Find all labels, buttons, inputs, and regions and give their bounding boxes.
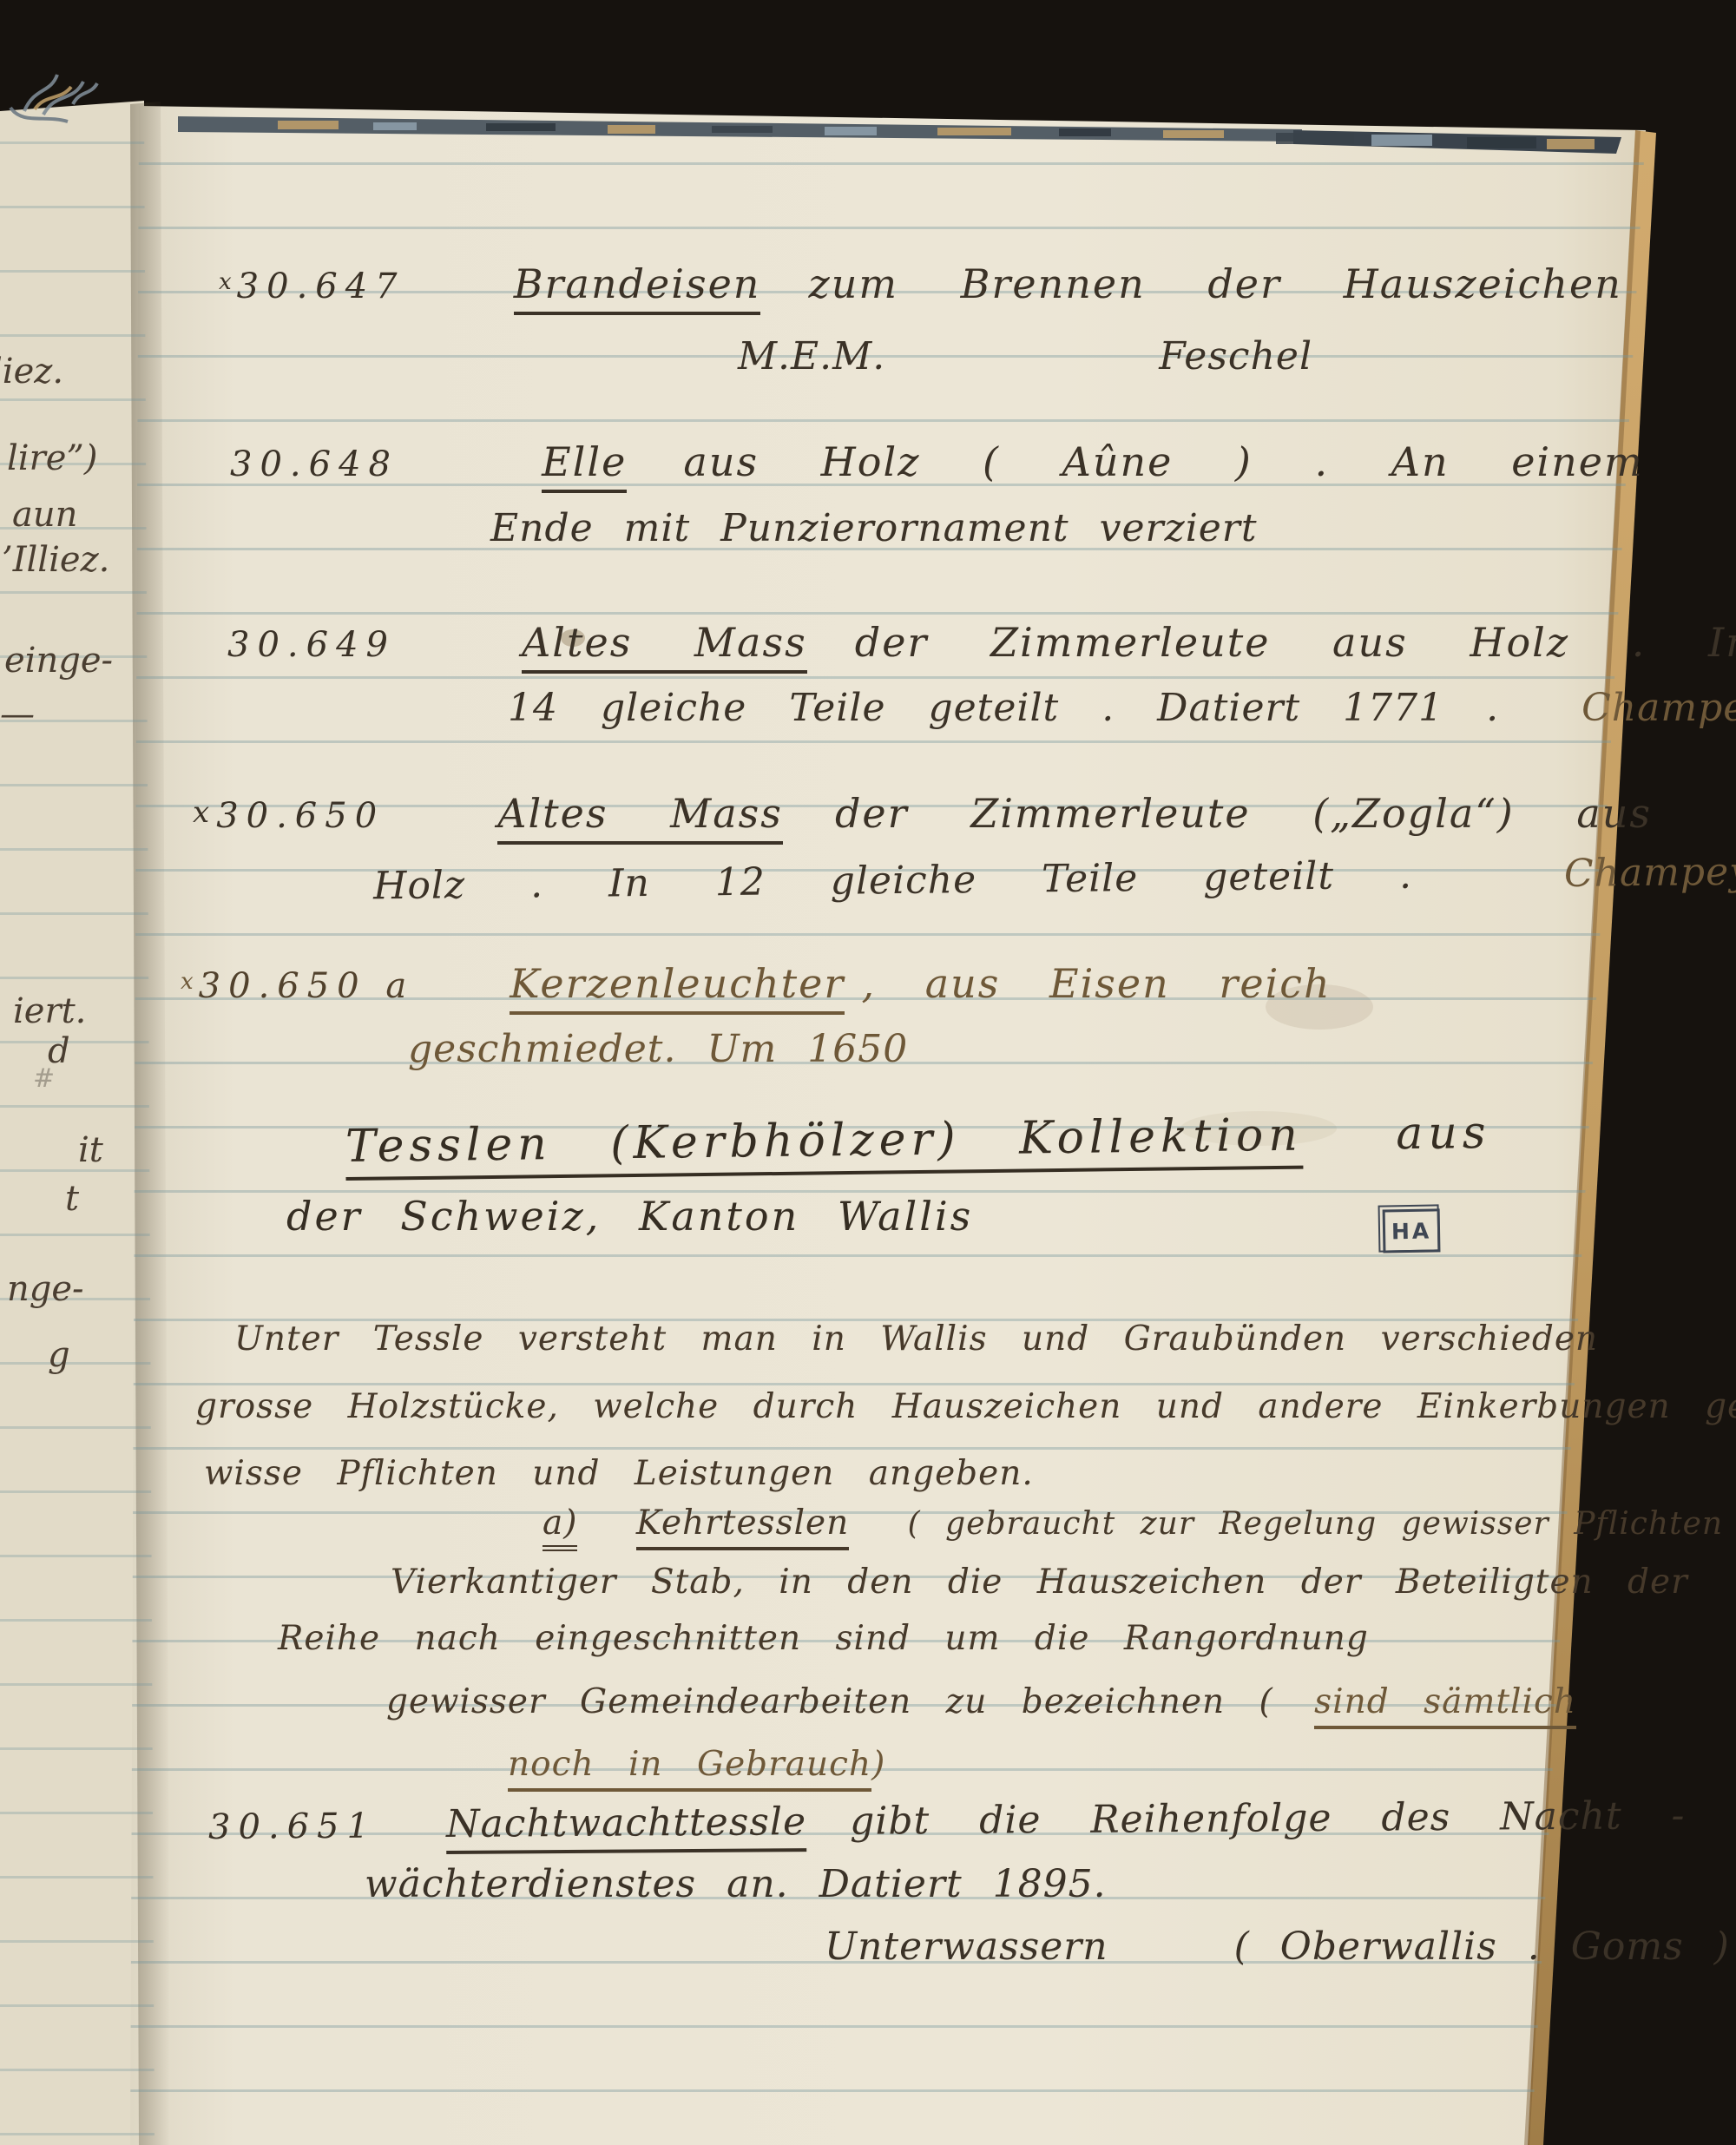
margin-fragment: it	[78, 1130, 103, 1170]
item-note: ( gebraucht zur Regelung gewisser Pflich…	[908, 1506, 1736, 1542]
entry-number: 30.650 a	[199, 966, 415, 1006]
entry-title: Nachtwachttessle	[446, 1800, 806, 1854]
section-title: Tesslen (Kerbhölzer) Kollektion	[345, 1109, 1304, 1181]
entry-30649-line1: 30.649 Altes Mass der Zimmerleute aus Ho…	[227, 619, 1736, 666]
margin-fragment: nge-	[7, 1269, 84, 1309]
ledger-scan: liez. lire”) aun ’Illiez. einge- — iert.…	[0, 0, 1736, 2145]
entry-title: Kerzenleuchter	[510, 960, 845, 1015]
entry-title: Elle	[542, 438, 627, 493]
margin-fragment: g	[48, 1335, 70, 1375]
entry-text: 14 gleiche Teile geteilt . Datiert 1771 …	[508, 686, 1499, 730]
paragraph-text: Unter Tessle versteht man in Wallis und …	[234, 1319, 1598, 1359]
paragraph-line8: noch in Gebrauch)	[508, 1745, 885, 1784]
entry-text: der Zimmerleute aus Holz . In	[855, 619, 1736, 666]
margin-fragment-pencil: #	[33, 1063, 55, 1094]
item-title: Kehrtesslen	[636, 1503, 849, 1550]
entry-text: gibt die Reihenfolge des Nacht -	[850, 1793, 1686, 1844]
entry-mark: x	[193, 795, 209, 830]
entry-text: zum Brennen der Hauszeichen	[809, 260, 1622, 307]
paragraph-text: )	[871, 1745, 885, 1784]
entry-30647-line2: M.E.M. Feschel	[738, 334, 1312, 378]
margin-fragment: lire”)	[7, 438, 97, 478]
entry-30648-line2: Ende mit Punzierornament verziert	[490, 506, 1258, 550]
paragraph-line7: gewisser Gemeindearbeiten zu bezeichnen …	[386, 1682, 1576, 1721]
ha-stamp-label: HA	[1383, 1208, 1441, 1253]
entry-provenance: Champey	[1564, 850, 1736, 896]
margin-fragment: aun	[12, 495, 77, 535]
entry-text: M.E.M.	[738, 334, 885, 378]
previous-page-edge: liez. lire”) aun ’Illiez. einge- — iert.…	[0, 95, 139, 2145]
entry-text: Ende mit Punzierornament verziert	[490, 506, 1258, 550]
paragraph-line3: wisse Pflichten und Leistungen angeben.	[204, 1454, 1034, 1493]
entry-text: wächterdienstes an. Datiert 1895.	[365, 1862, 1107, 1906]
entry-title: Brandeisen	[514, 260, 761, 315]
paragraph-text-underlined: noch in Gebrauch	[508, 1745, 871, 1792]
entry-text: , aus Eisen reich	[861, 960, 1331, 1007]
entry-text: aus Holz ( Aûne ) . An einem	[683, 438, 1643, 485]
paragraph-text: Vierkantiger Stab, in den die Hauszeiche…	[391, 1563, 1688, 1602]
entry-30651-line3: Unterwassern ( Oberwallis . Goms )	[825, 1925, 1730, 1969]
section-subtitle: der Schweiz, Kanton Wallis	[286, 1193, 973, 1240]
margin-fragment: t	[65, 1179, 79, 1219]
entry-mark: x	[181, 969, 194, 995]
entry-text: der Zimmerleute („Zogla“) aus	[835, 790, 1652, 837]
entry-title: Altes Mass	[522, 619, 807, 674]
margin-fragment: ’Illiez.	[2, 540, 109, 580]
entry-provenance: Champey	[1581, 686, 1736, 730]
entry-provenance: Feschel	[1159, 334, 1312, 378]
margin-fragment: einge-	[4, 641, 113, 681]
entry-30651-line2: wächterdienstes an. Datiert 1895.	[365, 1862, 1107, 1906]
paragraph-line5: Vierkantiger Stab, in den die Hauszeiche…	[391, 1563, 1688, 1602]
paragraph-line2: grosse Holzstücke, welche durch Hauszeic…	[195, 1387, 1736, 1426]
entry-provenance: Unterwassern	[825, 1925, 1108, 1969]
entry-30650-line1: x30.650 Altes Mass der Zimmerleute („Zog…	[193, 790, 1652, 837]
entry-number: 30.648	[230, 444, 398, 484]
entry-text: geschmiedet. Um 1650	[408, 1027, 908, 1071]
entry-30650a-line1: x30.650 a Kerzenleuchter , aus Eisen rei…	[181, 960, 1332, 1007]
paragraph-text: grosse Holzstücke, welche durch Hauszeic…	[195, 1387, 1736, 1426]
paragraph-text: wisse Pflichten und Leistungen angeben.	[204, 1454, 1034, 1493]
entry-number: 30.650	[216, 796, 385, 836]
margin-fragment: iert.	[13, 991, 86, 1031]
entry-number: 30.647	[237, 266, 405, 306]
entry-number: 30.651	[208, 1806, 377, 1847]
paragraph-line1: Unter Tessle versteht man in Wallis und …	[234, 1319, 1598, 1359]
entry-30647-line1: x30.647 Brandeisen zum Brennen der Hausz…	[219, 260, 1622, 307]
paragraph-text-underlined: sind sämtlich	[1314, 1682, 1576, 1729]
margin-fragment: —	[0, 694, 35, 734]
entry-provenance-detail: ( Oberwallis . Goms )	[1234, 1925, 1730, 1969]
entry-title: Altes Mass	[497, 790, 783, 845]
paragraph-text: gewisser Gemeindearbeiten zu bezeichnen …	[386, 1682, 1273, 1721]
entry-30648-line1: 30.648 Elle aus Holz ( Aûne ) . An einem	[230, 438, 1644, 485]
margin-fragment: liez.	[0, 352, 63, 391]
item-letter: a)	[542, 1503, 577, 1551]
entry-mark: x	[219, 269, 232, 295]
section-heading-line2: der Schweiz, Kanton Wallis	[286, 1193, 973, 1240]
ha-stamp: HA	[1378, 1204, 1440, 1252]
paragraph-line6: Reihe nach eingeschnitten sind um die Ra…	[278, 1619, 1369, 1658]
paragraph-text: Reihe nach eingeschnitten sind um die Ra…	[278, 1619, 1369, 1658]
section-title-rest: aus	[1396, 1107, 1491, 1160]
entry-30650a-line2: geschmiedet. Um 1650	[408, 1027, 908, 1071]
paragraph-item-a: a) Kehrtesslen ( gebraucht zur Regelung …	[542, 1503, 1736, 1543]
entry-30649-line2: 14 gleiche Teile geteilt . Datiert 1771 …	[508, 686, 1736, 730]
entry-number: 30.649	[227, 625, 396, 665]
